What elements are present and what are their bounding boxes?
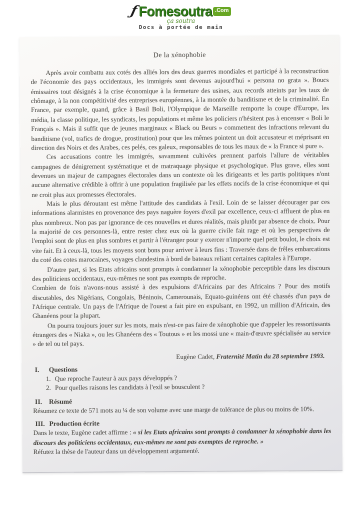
paragraph-3: Mais le plus déroutant est même l'attitu… xyxy=(32,198,330,266)
production-instruction: Dans le texte, Eugène cadet affirme : « … xyxy=(33,427,331,448)
paragraph-2: Ces accusations contre les immigrés, sav… xyxy=(31,151,329,200)
section-number: III. xyxy=(35,421,49,428)
section-production-ecrite: III. Production écrite Dans le texte, Eu… xyxy=(33,419,331,457)
question-item: 2. Pour quelles raisons les candidats à … xyxy=(33,382,331,394)
paragraph-4: D'autre part, si les Etats africains son… xyxy=(32,264,330,285)
section-number: I. xyxy=(35,367,49,374)
production-task: Réfutez la thèse de l'auteur dans un dév… xyxy=(33,446,331,457)
paragraph-1: Après avoir combattu aux cotés des allié… xyxy=(31,67,330,153)
document-title: De la xénophobie xyxy=(31,50,329,60)
section-label: Production écrite xyxy=(49,421,99,428)
logo-tld-badge: .Com xyxy=(213,7,231,16)
question-number: 1. xyxy=(46,375,55,385)
question-number: 2. xyxy=(46,384,55,394)
site-logo: ƒ Fomesoutra .Com ça soutra Docs à porté… xyxy=(0,3,362,32)
logo-tagline: Docs à portée de main xyxy=(0,26,362,32)
section-label: Questions xyxy=(49,367,78,374)
resume-instruction: Résumez ce texte de 571 mots au ¼ de son… xyxy=(33,405,331,416)
section-number: II. xyxy=(35,399,49,406)
production-intro: Dans le texte, Eugène cadet affirme : xyxy=(33,430,133,438)
logo-brand-text: Fomesoutra xyxy=(139,5,212,19)
scanned-exam-page: ƒ Fomesoutra .Com ça soutra Docs à porté… xyxy=(0,0,362,512)
logo-swoosh-icon: ƒ xyxy=(130,5,139,18)
paragraph-6: On pourra toujours jouer sur les mots, m… xyxy=(32,320,330,350)
section-questions: I. Questions 1. Que reproche l'auteur à … xyxy=(33,365,331,394)
section-label: Résumé xyxy=(49,399,72,406)
signature-line: Eugène Cadet, Fraternité Matin du 28 sep… xyxy=(33,353,325,362)
document-paper: De la xénophobie Après avoir combattu au… xyxy=(19,35,342,473)
author-name: Eugène Cadet, xyxy=(176,354,216,361)
question-text: Pour quelles raisons les candidats à l'e… xyxy=(55,383,205,394)
source-reference: Fraternité Matin du 28 septembre 1993. xyxy=(216,353,324,361)
logo-row: ƒ Fomesoutra .Com xyxy=(131,5,231,19)
section-resume: II. Résumé Résumez ce texte de 571 mots … xyxy=(33,397,331,416)
paragraph-5: Combien de fois n'avons-nous assisté à d… xyxy=(32,282,330,322)
